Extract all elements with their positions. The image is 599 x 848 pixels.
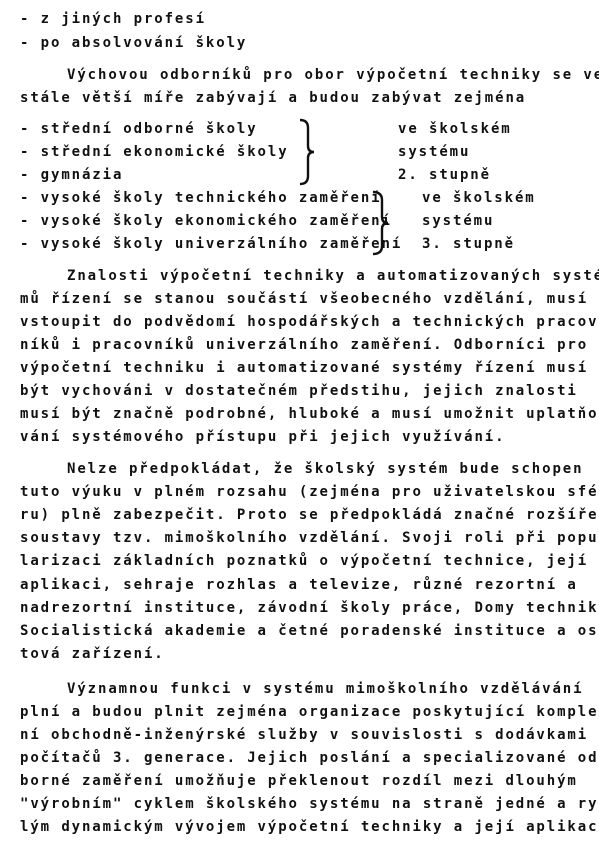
group-label-line: 2. stupně — [398, 166, 491, 184]
paragraph-line: výpočetní techniku i automatizované syst… — [20, 359, 588, 377]
paragraph-line: borné zaměření umožňuje překlenout rozdí… — [20, 772, 578, 790]
paragraph-line: stále větší míře zabývají a budou zabýva… — [20, 89, 526, 107]
paragraph-line: "výrobním" cyklem školského systému na s… — [20, 795, 599, 813]
group-label-line: systému — [422, 212, 494, 230]
paragraph-line: aplikaci, sehraje rozhlas a televize, rů… — [20, 576, 578, 594]
typewritten-page: - z jiných profesí - po absolvování škol… — [0, 0, 599, 848]
group-label-line: systému — [398, 143, 470, 161]
paragraph-line: tuto výuku v plném rozsahu (zejména pro … — [20, 483, 599, 501]
paragraph-line: níků i pracovníků univerzálního zaměření… — [20, 336, 588, 354]
paragraph-line: být vychováni v dostatečném předstihu, j… — [20, 382, 578, 400]
paragraph-line: vání systémového přístupu při jejich vyu… — [20, 428, 505, 446]
list-item: - vysoké školy univerzálního zaměření — [20, 235, 402, 253]
list-item: - vysoké školy ekonomického zaměření — [20, 212, 392, 230]
paragraph-line: larizaci základních poznatků o výpočetní… — [20, 552, 588, 570]
list-item: - střední ekonomické školy — [20, 143, 289, 161]
list-item: - po absolvování školy — [20, 34, 247, 52]
paragraph-line: počítačů 3. generace. Jejich poslání a s… — [20, 749, 599, 767]
paragraph-line: tová zařízení. — [20, 645, 165, 663]
paragraph-line: nadrezortní instituce, závodní školy prá… — [20, 599, 599, 617]
paragraph-line: Znalosti výpočetní techniky a automatizo… — [67, 267, 599, 285]
list-item: - gymnázia — [20, 166, 123, 184]
paragraph-line: musí být značně podrobné, hluboké a musí… — [20, 405, 599, 423]
paragraph-line: mů řízení se stanou součástí všeobecného… — [20, 290, 588, 308]
paragraph-line: Významnou funkci v systému mimoškolního … — [67, 680, 583, 698]
paragraph-line: vstoupit do podvědomí hospodářských a te… — [20, 313, 599, 331]
group-label-line: 3. stupně — [422, 235, 515, 253]
paragraph-line: plní a budou plnit zejména organizace po… — [20, 703, 599, 721]
group-label-line: ve školském — [422, 189, 536, 207]
curly-brace-icon — [370, 190, 392, 256]
paragraph-line: ní obchodně-inženýrské služby v souvislo… — [20, 726, 588, 744]
paragraph-line: ru) plně zabezpečit. Proto se předpoklád… — [20, 506, 599, 524]
group-label-line: ve školském — [398, 120, 512, 138]
paragraph-line: lým dynamickým vývojem výpočetní technik… — [20, 818, 599, 836]
list-item: - střední odborné školy — [20, 120, 258, 138]
curly-brace-icon — [298, 118, 318, 186]
paragraph-line: Nelze předpokládat, že školský systém bu… — [67, 460, 583, 478]
list-item: - vysoké školy technického zaměření — [20, 189, 382, 207]
paragraph-line: soustavy tzv. mimoškolního vzdělání. Svo… — [20, 529, 599, 547]
paragraph-line: Výchovou odborníků pro obor výpočetní te… — [67, 66, 599, 84]
paragraph-line: Socialistická akademie a četné poradensk… — [20, 622, 599, 640]
list-item: - z jiných profesí — [20, 10, 206, 28]
